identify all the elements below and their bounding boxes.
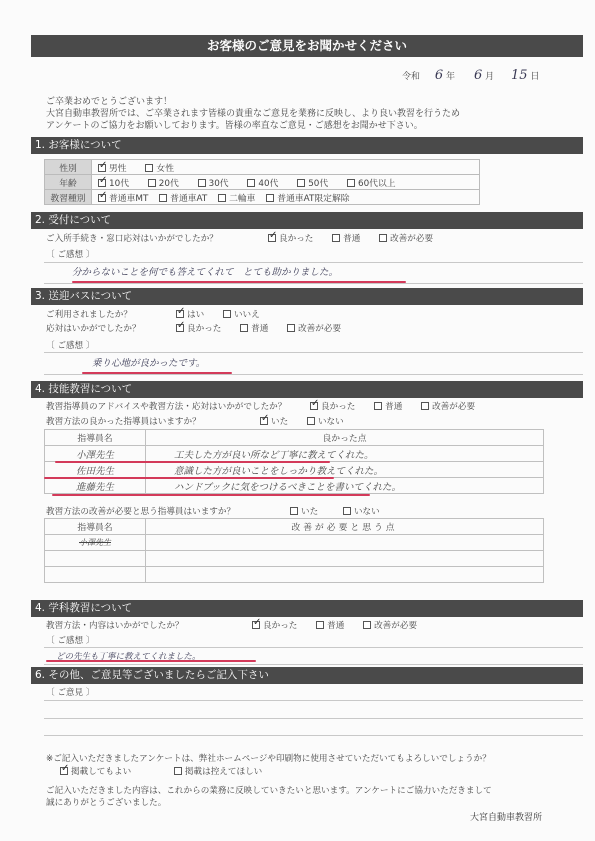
checkbox-bus-good[interactable] bbox=[176, 324, 184, 332]
checkbox-classroom-normal[interactable] bbox=[316, 621, 324, 629]
date-month[interactable]: 6 bbox=[474, 68, 482, 83]
section-6-heading: 6. その他、ご意見等ございましたらご記入下さい bbox=[31, 667, 583, 684]
checkbox-publish-no[interactable] bbox=[174, 767, 182, 775]
reception-question: ご入所手続き・窓口応対はいかがでしたか？ bbox=[46, 232, 218, 244]
section-2-heading: 2. 受付について bbox=[31, 212, 583, 229]
reception-comment-label: 〔 ご感想 〕 bbox=[46, 248, 94, 260]
section-3-heading: 3. 送迎バスについて bbox=[31, 288, 583, 305]
date-year[interactable]: 6 bbox=[435, 68, 443, 83]
checkbox-practical-improve[interactable] bbox=[421, 402, 429, 410]
table-row bbox=[45, 567, 544, 583]
classroom-question: 教習方法・内容はいかがでしたか？ bbox=[46, 619, 184, 631]
checkbox-at[interactable] bbox=[159, 194, 167, 202]
section-1-heading: 1. お客様について bbox=[31, 137, 583, 154]
improve-instructor-question: 教習方法の改善が必要と思う指導員はいますか？ bbox=[46, 505, 235, 517]
table-row: 進藤先生 ハンドブックに気をつけるべきことを書いてくれた。 bbox=[45, 478, 544, 494]
checkbox-age-50s[interactable] bbox=[297, 179, 305, 187]
checkbox-bus-no[interactable] bbox=[223, 310, 231, 318]
section-5-heading: 4. 学科教習について bbox=[31, 600, 583, 617]
bus-comment-label: 〔 ご感想 〕 bbox=[46, 339, 94, 351]
table-row bbox=[45, 551, 544, 567]
date-day[interactable]: 15 bbox=[511, 68, 528, 83]
age-row: 年齢 10代 20代 30代 40代 50代 60代以上 bbox=[45, 175, 480, 190]
checkbox-age-10s[interactable] bbox=[98, 179, 106, 187]
good-instructor-question: 教習方法の良かった指導員はいますか？ bbox=[46, 415, 201, 427]
bus-service-question: 応対はいかがでしたか？ bbox=[46, 322, 141, 334]
checkbox-classroom-good[interactable] bbox=[252, 621, 260, 629]
checkbox-practical-normal[interactable] bbox=[374, 402, 382, 410]
checkbox-good-instructor-yes[interactable] bbox=[260, 417, 268, 425]
reception-comment[interactable]: 分からないことを何でも答えてくれて とても助かりました。 bbox=[72, 264, 338, 278]
improve-instructor-table: 指導員名 改善が必要と思う点 小澤先生 bbox=[44, 518, 544, 583]
date-field: 令和 6 年 6 月 15 日 bbox=[402, 68, 539, 83]
checkbox-classroom-improve[interactable] bbox=[363, 621, 371, 629]
checkbox-age-30s[interactable] bbox=[198, 179, 206, 187]
table-row: 小澤先生 工夫した方が良い所など丁寧に教えてくれた。 bbox=[45, 446, 544, 462]
other-comment-line[interactable] bbox=[44, 700, 583, 701]
checkbox-male[interactable] bbox=[98, 164, 106, 172]
checkbox-practical-good[interactable] bbox=[310, 402, 318, 410]
checkbox-age-20s[interactable] bbox=[148, 179, 156, 187]
consent-question: ※ご記入いただきましたアンケートは、弊社ホームページや印刷物に使用させていただい… bbox=[46, 752, 491, 764]
checkbox-good-instructor-no[interactable] bbox=[307, 417, 315, 425]
form-title: お客様のご意見をお聞かせください bbox=[31, 35, 583, 57]
survey-form: お客様のご意見をお聞かせください 令和 6 年 6 月 15 日 ご卒業おめでと… bbox=[0, 0, 595, 841]
checkbox-reception-good[interactable] bbox=[268, 234, 276, 242]
closing-line-2: 誠にありがとうございました。 bbox=[46, 796, 166, 808]
closing-line-1: ご記入いただきました内容は、これからの業務に反映していきたいと思います。アンケー… bbox=[46, 784, 492, 796]
checkbox-bus-normal[interactable] bbox=[240, 324, 248, 332]
gender-row: 性別 男性 女性 bbox=[45, 160, 480, 175]
checkbox-reception-improve[interactable] bbox=[379, 234, 387, 242]
checkbox-publish-ok[interactable] bbox=[60, 767, 68, 775]
checkbox-female[interactable] bbox=[145, 164, 153, 172]
section-4-heading: 4. 技能教習について bbox=[31, 381, 583, 398]
checkbox-age-60s-plus[interactable] bbox=[347, 179, 355, 187]
checkbox-bus-improve[interactable] bbox=[287, 324, 295, 332]
checkbox-reception-normal[interactable] bbox=[332, 234, 340, 242]
classroom-comment-label: 〔 ご感想 〕 bbox=[46, 634, 94, 646]
practical-question: 教習指導員のアドバイスや教習方法・応対はいかがでしたか？ bbox=[46, 400, 286, 412]
reception-options: 良かった 普通 改善が必要 bbox=[268, 232, 449, 244]
intro-line-3: アンケートのご協力をお願いしております。皆様の率直なご意見・ご感想をお聞かせ下さ… bbox=[46, 118, 423, 131]
checkbox-mt[interactable] bbox=[98, 194, 106, 202]
checkbox-age-40s[interactable] bbox=[247, 179, 255, 187]
checkbox-motorcycle[interactable] bbox=[218, 194, 226, 202]
table-row: 小澤先生 bbox=[45, 535, 544, 551]
other-comment-label: 〔 ご意見 〕 bbox=[46, 686, 94, 698]
checkbox-improve-instructor-no[interactable] bbox=[343, 507, 351, 515]
table-row: 佐田先生 意識した方が良いことをしっかり教えてくれた。 bbox=[45, 462, 544, 478]
bus-comment[interactable]: 乗り心地が良かったです。 bbox=[92, 355, 205, 369]
organization-name: 大宮自動車教習所 bbox=[470, 810, 542, 823]
customer-info-table: 性別 男性 女性 年齢 10代 20代 30代 40代 50代 60代以上 教習… bbox=[44, 159, 480, 205]
course-type-row: 教習種別 普通車MT 普通車AT 二輪車 普通車AT限定解除 bbox=[45, 190, 480, 205]
checkbox-bus-yes[interactable] bbox=[176, 310, 184, 318]
bus-use-question: ご利用されましたか？ bbox=[46, 308, 132, 320]
checkbox-at-limit-removal[interactable] bbox=[266, 194, 274, 202]
checkbox-improve-instructor-yes[interactable] bbox=[290, 507, 298, 515]
